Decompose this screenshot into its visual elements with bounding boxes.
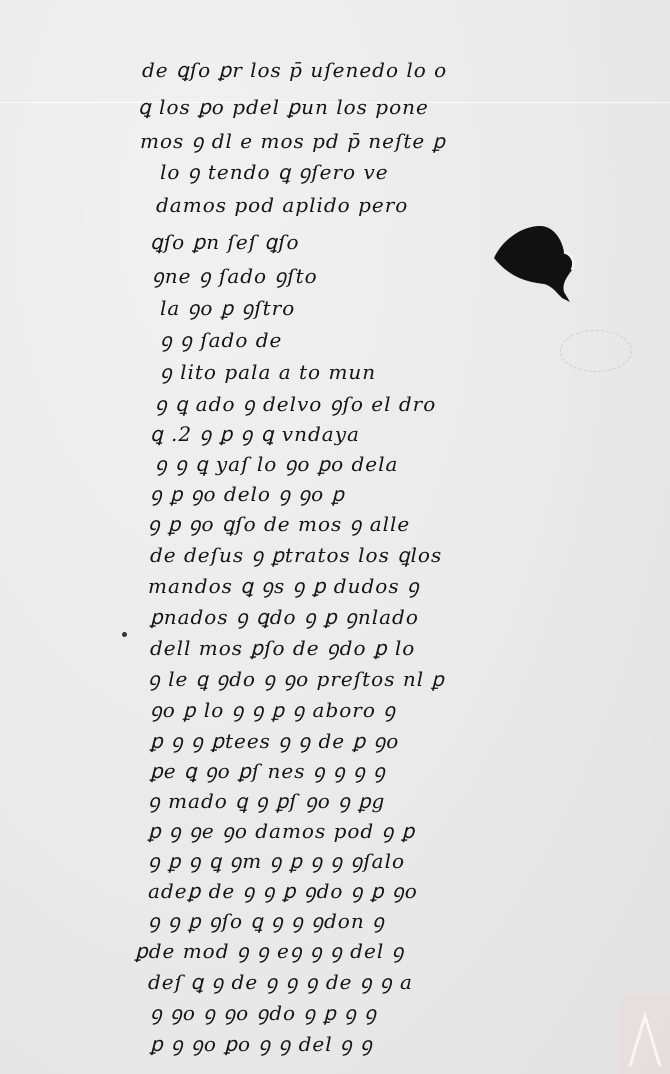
manuscript-line: ꝯ lito pala a to mun bbox=[160, 358, 376, 385]
manuscript-line: deſ ꝗ ꝯ de ꝯ ꝯ ꝯ de ꝯ ꝯ a bbox=[148, 968, 413, 995]
manuscript-line: ꝯ ꝯ ꝑ ꝯſo ꝗ ꝯ ꝯ ꝯdon ꝯ bbox=[148, 907, 385, 934]
manuscript-line: ꝯ ꝗ ado ꝯ delvo ꝯſo el dro bbox=[155, 390, 436, 417]
manuscript-line: mandos ꝗ ꝯs ꝯ ꝑ dudos ꝯ bbox=[148, 572, 420, 599]
manuscript-line: lo ꝯ tendo ꝗ ꝯſero ve bbox=[160, 158, 389, 185]
manuscript-line: ꝑe ꝗ ꝯo ꝑſ nes ꝯ ꝯ ꝯ ꝯ bbox=[150, 757, 386, 784]
manuscript-line: ꝯ ꝑ ꝯ ꝗ ꝯm ꝯ ꝑ ꝯ ꝯ ꝯſalo bbox=[148, 847, 405, 874]
manuscript-line: la ꝯo ꝑ ꝯſtro bbox=[160, 294, 295, 321]
manuscript-line: ꝯ ꝯ ꝗ yaſ lo ꝯo ꝑo dela bbox=[155, 450, 398, 477]
watermark-icon bbox=[620, 996, 670, 1074]
manuscript-line: ꝑ ꝯ ꝯ ꝑtees ꝯ ꝯ de ꝑ ꝯo bbox=[150, 727, 399, 754]
manuscript-line: ꝯ ꝑ ꝯo delo ꝯ ꝯo ꝑ bbox=[150, 480, 345, 507]
margin-mark bbox=[122, 632, 127, 637]
manuscript-line: ꝯo ꝑ lo ꝯ ꝯ ꝑ ꝯ aboro ꝯ bbox=[150, 696, 396, 723]
manuscript-line: mos ꝯ dl e mos pd p̄ neſte ꝑ bbox=[140, 127, 446, 154]
manuscript-page: de ꝗſo ꝑr los p̄ uſenedo lo oꝗ los ꝑo pd… bbox=[0, 0, 670, 1074]
manuscript-line: ꝑ ꝯ ꝯo ꝑo ꝯ ꝯ del ꝯ ꝯ bbox=[150, 1030, 373, 1057]
manuscript-line: ꝑde mod ꝯ ꝯ eꝯ ꝯ ꝯ del ꝯ bbox=[135, 937, 404, 964]
manuscript-line: ꝯ ꝯ ſado de bbox=[160, 326, 282, 353]
manuscript-line: ꝗ .2 ꝯ ꝑ ꝯ ꝗ vndaya bbox=[150, 420, 360, 447]
manuscript-line: ꝯ le ꝗ ꝯdo ꝯ ꝯo preſtos nl ꝑ bbox=[148, 665, 445, 692]
manuscript-line: dell mos ꝑſo de ꝯdo ꝑ lo bbox=[150, 634, 415, 661]
manuscript-line: de ꝗſo ꝑr los p̄ uſenedo lo o bbox=[142, 58, 447, 82]
manuscript-line: ꝯne ꝯ ſado ꝯſto bbox=[152, 262, 318, 289]
manuscript-line: ꝗ los ꝑo pdel ꝑun los pone bbox=[138, 95, 429, 119]
archive-stamp bbox=[560, 330, 632, 372]
manuscript-line: ꝯ ꝯo ꝯ ꝯo ꝯdo ꝯ ꝑ ꝯ ꝯ bbox=[150, 999, 377, 1026]
manuscript-line: damos pod aplido pero bbox=[156, 193, 408, 217]
ink-blot-icon bbox=[492, 218, 582, 308]
manuscript-line: ꝯ ꝑ ꝯo ꝗſo de mos ꝯ alle bbox=[148, 510, 410, 537]
manuscript-line: ꝑnados ꝯ ꝗdo ꝯ ꝑ ꝯnlado bbox=[150, 603, 419, 630]
manuscript-line: adeꝑ de ꝯ ꝯ ꝑ ꝯdo ꝯ ꝑ ꝯo bbox=[148, 877, 418, 904]
manuscript-line: ꝯ mado ꝗ ꝯ ꝑſ ꝯo ꝯ ꝑg bbox=[148, 787, 385, 814]
manuscript-line: ꝑ ꝯ ꝯe ꝯo damos pod ꝯ ꝑ bbox=[148, 817, 415, 844]
manuscript-line: ꝗſo ꝑn ſeſ ꝗſo bbox=[150, 230, 300, 254]
manuscript-line: de deſus ꝯ ꝑtratos los ꝗlos bbox=[150, 541, 442, 568]
